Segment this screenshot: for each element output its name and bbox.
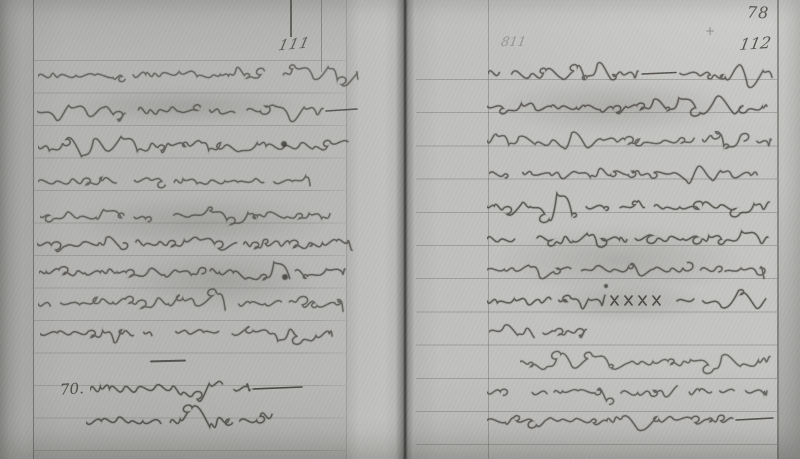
handwriting-layer: 70. [0,0,800,459]
handwritten-line [487,403,777,437]
check-mark: + [705,24,715,38]
handwritten-line [487,222,772,256]
handwritten-line [489,315,590,349]
handwritten-line [38,59,362,93]
handwritten-line: 70. [60,372,306,406]
handwritten-line [520,345,774,379]
handwritten-line [487,124,775,158]
handwritten-line [39,255,349,289]
handwritten-line [38,286,347,320]
handwritten-line [487,90,771,124]
heading-number: 70. [59,379,84,399]
handwritten-line [487,284,773,318]
ink-blot [282,274,288,280]
ink-blot [281,141,287,147]
handwritten-line [487,190,773,224]
pencil-stroke-top-faint [321,0,322,72]
sheet-number: 78 [747,3,770,23]
ink-blot [604,284,608,288]
notebook-scan: 78 111 112 811 + 70. [0,0,800,459]
handwritten-line [37,94,361,128]
handwritten-line [40,316,336,350]
handwritten-line [488,57,776,91]
bleed-through-mark: 811 [500,35,527,50]
page-number-left: 111 [277,33,312,54]
handwritten-line [86,404,276,438]
handwritten-line [38,129,352,163]
handwritten-line [489,157,761,191]
handwritten-line [487,253,768,287]
page-number-right: 112 [738,33,772,54]
pencil-stroke-top [290,0,292,37]
handwritten-line [38,164,314,198]
